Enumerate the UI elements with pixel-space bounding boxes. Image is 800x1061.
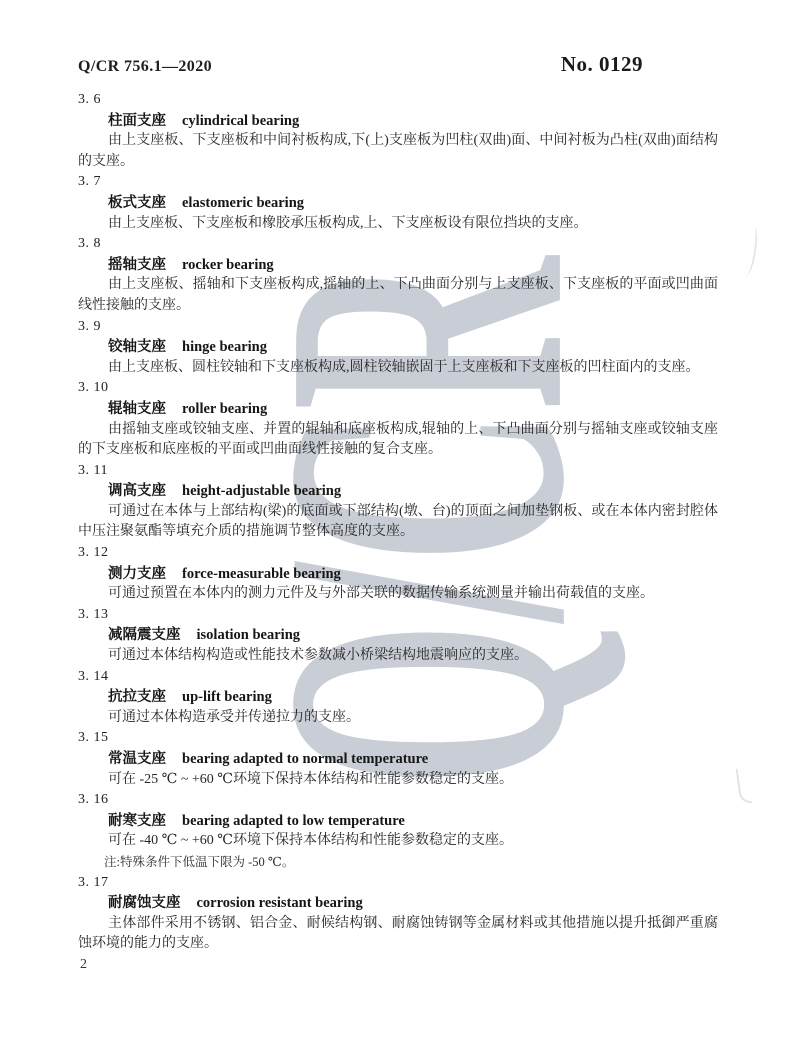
term-definition: 由上支座板、圆柱铰轴和下支座板构成,圆柱铰轴嵌固于上支座板和下支座板的凹柱面内的… xyxy=(78,358,718,379)
term-section-3-12: 3. 12 测力支座force-measurable bearing 可通过预置… xyxy=(78,543,718,605)
term-definition: 可通过本体结构构造或性能技术参数减小桥梁结构地震响应的支座。 xyxy=(78,646,718,667)
section-number: 3. 15 xyxy=(78,728,718,749)
term-heading: 测力支座force-measurable bearing xyxy=(108,564,718,585)
section-number: 3. 14 xyxy=(78,667,718,688)
term-section-3-15: 3. 15 常温支座bearing adapted to normal temp… xyxy=(78,728,718,790)
section-number: 3. 10 xyxy=(78,378,718,399)
term-english: height-adjustable bearing xyxy=(182,483,341,499)
term-chinese: 摇轴支座 xyxy=(108,257,166,273)
term-section-3-7: 3. 7 板式支座elastomeric bearing 由上支座板、下支座板和… xyxy=(78,172,718,234)
term-english: bearing adapted to low temperature xyxy=(182,813,405,829)
term-definition: 由上支座板、下支座板和橡胶承压板构成,上、下支座板设有限位挡块的支座。 xyxy=(78,214,718,235)
term-section-3-6: 3. 6 柱面支座cylindrical bearing 由上支座板、下支座板和… xyxy=(78,90,718,172)
term-chinese: 调高支座 xyxy=(108,483,166,499)
term-definition: 可通过预置在本体内的测力元件及与外部关联的数据传输系统测量并输出荷载值的支座。 xyxy=(78,584,718,605)
term-chinese: 耐寒支座 xyxy=(108,813,166,829)
term-definition: 由摇轴支座或铰轴支座、并置的辊轴和底座板构成,辊轴的上、下凸曲面分别与摇轴支座或… xyxy=(78,420,718,461)
term-heading: 抗拉支座up-lift bearing xyxy=(108,687,718,708)
term-heading: 减隔震支座isolation bearing xyxy=(108,625,718,646)
term-section-3-14: 3. 14 抗拉支座up-lift bearing 可通过本体构造承受并传递拉力… xyxy=(78,667,718,729)
term-section-3-10: 3. 10 辊轴支座roller bearing 由摇轴支座或铰轴支座、并置的辊… xyxy=(78,378,718,460)
term-english: hinge bearing xyxy=(182,339,267,355)
term-definition: 由上支座板、摇轴和下支座板构成,摇轴的上、下凸曲面分别与上支座板、下支座板的平面… xyxy=(78,275,718,316)
term-definition: 可在 -40 ℃ ~ +60 ℃环境下保持本体结构和性能参数稳定的支座。 xyxy=(78,831,718,852)
term-english: elastomeric bearing xyxy=(182,195,304,211)
section-number: 3. 6 xyxy=(78,90,718,111)
term-definition: 可在 -25 ℃ ~ +60 ℃环境下保持本体结构和性能参数稳定的支座。 xyxy=(78,770,718,791)
section-number: 3. 9 xyxy=(78,317,718,338)
term-chinese: 抗拉支座 xyxy=(108,689,166,705)
term-section-3-13: 3. 13 减隔震支座isolation bearing 可通过本体结构构造或性… xyxy=(78,605,718,667)
term-section-3-8: 3. 8 摇轴支座rocker bearing 由上支座板、摇轴和下支座板构成,… xyxy=(78,234,718,316)
term-chinese: 板式支座 xyxy=(108,195,166,211)
page-header: Q/CR 756.1—2020 No. 0129 xyxy=(78,52,722,77)
scan-artifact-bottom xyxy=(736,767,753,804)
term-heading: 摇轴支座rocker bearing xyxy=(108,255,718,276)
term-definition: 可通过在本体与上部结构(梁)的底面或下部结构(墩、台)的顶面之间加垫钢板、或在本… xyxy=(78,502,718,543)
term-heading: 柱面支座cylindrical bearing xyxy=(108,111,718,132)
section-number: 3. 8 xyxy=(78,234,718,255)
term-heading: 调高支座height-adjustable bearing xyxy=(108,481,718,502)
term-english: corrosion resistant bearing xyxy=(197,895,363,911)
document-page: Q/CR Q/CR 756.1—2020 No. 0129 3. 6 柱面支座c… xyxy=(0,0,800,1061)
term-english: rocker bearing xyxy=(182,257,274,273)
term-chinese: 耐腐蚀支座 xyxy=(108,895,181,911)
term-chinese: 测力支座 xyxy=(108,566,166,582)
document-number: No. 0129 xyxy=(561,52,643,77)
term-english: bearing adapted to normal temperature xyxy=(182,751,428,767)
term-chinese: 常温支座 xyxy=(108,751,166,767)
term-section-3-16: 3. 16 耐寒支座bearing adapted to low tempera… xyxy=(78,790,718,872)
term-section-3-11: 3. 11 调高支座height-adjustable bearing 可通过在… xyxy=(78,461,718,543)
section-number: 3. 17 xyxy=(78,873,718,894)
term-section-3-9: 3. 9 铰轴支座hinge bearing 由上支座板、圆柱铰轴和下支座板构成… xyxy=(78,317,718,379)
term-heading: 辊轴支座roller bearing xyxy=(108,399,718,420)
terms-content: 3. 6 柱面支座cylindrical bearing 由上支座板、下支座板和… xyxy=(78,90,718,976)
term-heading: 铰轴支座hinge bearing xyxy=(108,337,718,358)
term-definition: 可通过本体构造承受并传递拉力的支座。 xyxy=(78,708,718,729)
section-number: 3. 16 xyxy=(78,790,718,811)
term-chinese: 柱面支座 xyxy=(108,113,166,129)
term-chinese: 铰轴支座 xyxy=(108,339,166,355)
term-heading: 耐腐蚀支座corrosion resistant bearing xyxy=(108,893,718,914)
section-number: 3. 7 xyxy=(78,172,718,193)
term-english: isolation bearing xyxy=(197,627,301,643)
term-heading: 板式支座elastomeric bearing xyxy=(108,193,718,214)
term-heading: 常温支座bearing adapted to normal temperatur… xyxy=(108,749,718,770)
term-definition: 由上支座板、下支座板和中间衬板构成,下(上)支座板为凹柱(双曲)面、中间衬板为凸… xyxy=(78,131,718,172)
scan-artifact-top xyxy=(740,225,760,276)
term-section-3-17: 3. 17 耐腐蚀支座corrosion resistant bearing 主… xyxy=(78,873,718,955)
term-note: 注:特殊条件下低温下限为 -50 ℃。 xyxy=(104,852,718,873)
section-number: 3. 13 xyxy=(78,605,718,626)
term-english: force-measurable bearing xyxy=(182,566,341,582)
term-heading: 耐寒支座bearing adapted to low temperature xyxy=(108,811,718,832)
page-number: 2 xyxy=(78,955,718,976)
term-definition: 主体部件采用不锈钢、铝合金、耐候结构钢、耐腐蚀铸钢等金属材料或其他措施以提升抵御… xyxy=(78,914,718,955)
section-number: 3. 11 xyxy=(78,461,718,482)
term-english: cylindrical bearing xyxy=(182,113,299,129)
standard-code: Q/CR 756.1—2020 xyxy=(78,58,212,76)
term-chinese: 减隔震支座 xyxy=(108,627,181,643)
term-english: roller bearing xyxy=(182,401,267,417)
section-number: 3. 12 xyxy=(78,543,718,564)
term-chinese: 辊轴支座 xyxy=(108,401,166,417)
term-english: up-lift bearing xyxy=(182,689,272,705)
